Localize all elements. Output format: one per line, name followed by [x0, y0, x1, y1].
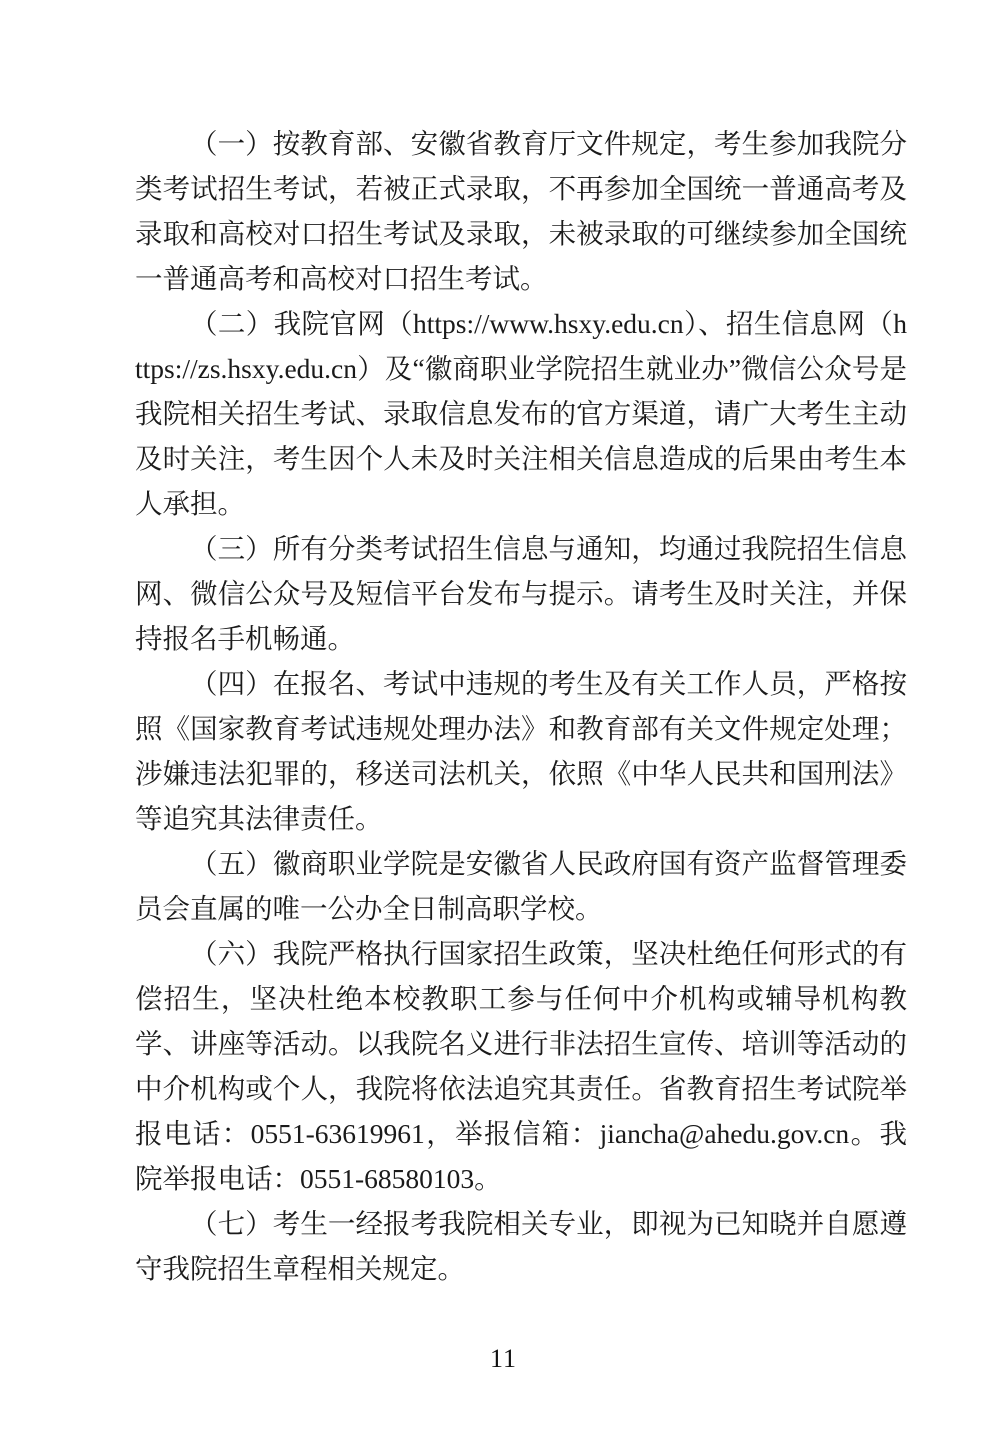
page-body: （一）按教育部、安徽省教育厅文件规定，考生参加我院分类考试招生考试，若被正式录取… [135, 121, 907, 1291]
paragraph-item-2: （二）我院官网（https://www.hsxy.edu.cn）、招生信息网（h… [135, 301, 907, 526]
page-footer: 11 [0, 1344, 1007, 1374]
paragraph-item-4: （四）在报名、考试中违规的考生及有关工作人员，严格按照《国家教育考试违规处理办法… [135, 661, 907, 841]
paragraph-item-1: （一）按教育部、安徽省教育厅文件规定，考生参加我院分类考试招生考试，若被正式录取… [135, 121, 907, 301]
paragraph-item-5: （五）徽商职业学院是安徽省人民政府国有资产监督管理委员会直属的唯一公办全日制高职… [135, 841, 907, 931]
paragraph-item-7: （七）考生一经报考我院相关专业，即视为已知晓并自愿遵守我院招生章程相关规定。 [135, 1201, 907, 1291]
document-page: （一）按教育部、安徽省教育厅文件规定，考生参加我院分类考试招生考试，若被正式录取… [0, 0, 1007, 1431]
paragraph-item-6: （六）我院严格执行国家招生政策，坚决杜绝任何形式的有偿招生，坚决杜绝本校教职工参… [135, 931, 907, 1201]
page-number: 11 [490, 1344, 517, 1373]
paragraph-item-3: （三）所有分类考试招生信息与通知，均通过我院招生信息网、微信公众号及短信平台发布… [135, 526, 907, 661]
